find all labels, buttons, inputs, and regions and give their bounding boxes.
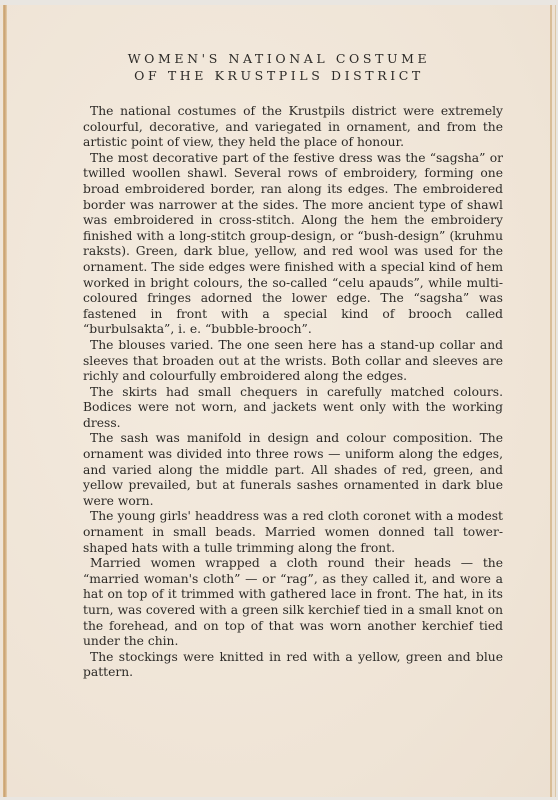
document-body: The national costumes of the Krustpils d…: [83, 104, 503, 681]
paragraph-skirts: The skirts had small chequers in careful…: [83, 385, 503, 432]
paragraph-married-women: Married women wrapped a cloth round thei…: [83, 556, 503, 650]
paragraph-sagsha: The most decorative part of the festive …: [83, 151, 503, 338]
paragraph-blouses: The blouses varied. The one seen here ha…: [83, 338, 503, 385]
document-title-line-2: OF THE KRUSTPILS DISTRICT: [0, 67, 558, 85]
page-right-edge-outer: [555, 5, 556, 797]
paragraph-intro: The national costumes of the Krustpils d…: [83, 104, 503, 151]
paragraph-headdress: The young girls' headdress was a red clo…: [83, 509, 503, 556]
document-title-line-1: WOMEN'S NATIONAL COSTUME: [0, 50, 558, 68]
paragraph-sash: The sash was manifold in design and colo…: [83, 431, 503, 509]
page-left-edge: [3, 5, 7, 797]
paragraph-stockings: The stockings were knitted in red with a…: [83, 650, 503, 681]
page-right-edge: [550, 5, 552, 797]
